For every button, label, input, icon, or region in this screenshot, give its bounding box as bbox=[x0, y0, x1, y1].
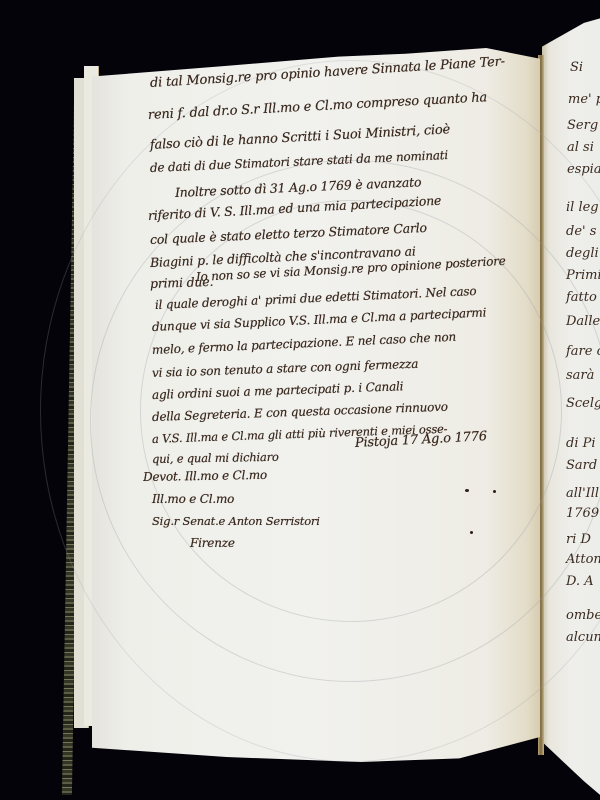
fragment: me' p bbox=[568, 92, 600, 107]
fragment: di Pi bbox=[566, 436, 596, 451]
fragment: D. A bbox=[566, 574, 594, 589]
address-line: Ill.mo e Cl.mo bbox=[152, 492, 234, 506]
fragment: Scelgie bbox=[566, 396, 600, 411]
fragment: Sard bbox=[566, 458, 597, 473]
fragment: all'Ill bbox=[566, 486, 599, 501]
fragment: fare c bbox=[566, 344, 600, 359]
fragment: fatto bbox=[566, 290, 597, 305]
fragment: Serg bbox=[567, 118, 598, 133]
fragment: ri D bbox=[566, 532, 591, 547]
address-line: Firenze bbox=[190, 536, 235, 550]
fragment: ombe bbox=[566, 608, 600, 623]
fragment: il leg bbox=[566, 200, 599, 215]
ink-blemish bbox=[470, 531, 473, 534]
fragment: degli bbox=[566, 246, 599, 261]
fragment: Primi bbox=[566, 268, 600, 283]
closing-salutation: Devot. Ill.mo e Cl.mo bbox=[143, 468, 267, 484]
fragment: Si bbox=[570, 60, 583, 75]
fragment: al si bbox=[567, 140, 594, 155]
fragment: de' s bbox=[566, 224, 596, 239]
fragment: Atton bbox=[566, 552, 600, 567]
fragment: 1769 bbox=[566, 506, 599, 521]
fragment: alcun bbox=[566, 630, 600, 645]
ink-blemish bbox=[465, 489, 469, 492]
fragment: sarà bbox=[566, 368, 594, 383]
photograph-scene: di tal Monsig.re pro opinio havere Sinna… bbox=[0, 0, 600, 800]
fragment: espia bbox=[567, 162, 600, 177]
letter-line: qui, e qual mi dichiaro bbox=[152, 450, 279, 466]
fragment: Dalle bbox=[566, 314, 600, 329]
ink-blemish bbox=[493, 490, 496, 493]
address-line: Sig.r Senat.e Anton Serristori bbox=[152, 514, 320, 528]
